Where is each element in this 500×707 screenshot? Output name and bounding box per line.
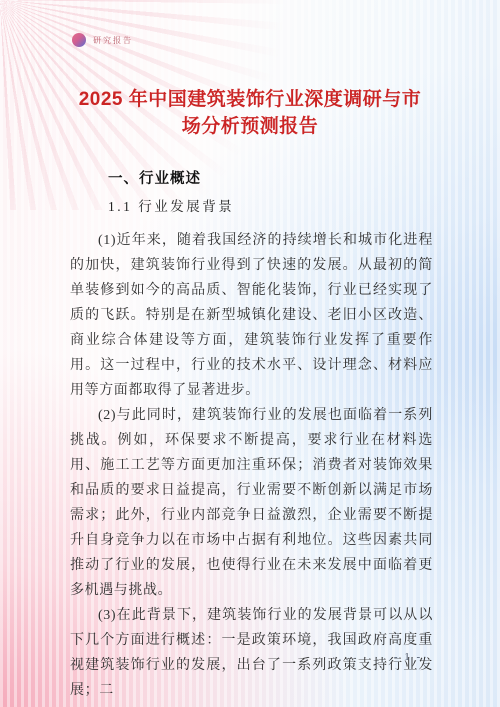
paragraph-2: (2)与此同时，建筑装饰行业的发展也面临着一系列挑战。例如，环保要求不断提高，要…: [70, 403, 433, 603]
section-heading: 一、行业概述: [108, 170, 433, 189]
document-body: 一、行业概述 1.1 行业发展背景 (1)近年来，随着我国经济的持续增长和城市化…: [70, 170, 433, 703]
report-title: 2025 年中国建筑装饰行业深度调研与市场分析预测报告: [70, 86, 430, 140]
paragraph-1: (1)近年来，随着我国经济的持续增长和城市化进程的加快，建筑装饰行业得到了快速的…: [70, 228, 433, 403]
document-page: 研究报告 2025 年中国建筑装饰行业深度调研与市场分析预测报告 一、行业概述 …: [0, 0, 500, 707]
logo-label: 研究报告: [93, 35, 133, 46]
page-number: - 1 -: [383, 651, 433, 663]
brand: 研究报告: [72, 33, 133, 47]
paragraph-3: (3)在此背景下，建筑装饰行业的发展背景可以从以下几个方面进行概述：一是政策环境…: [70, 603, 433, 703]
logo-icon: [72, 33, 86, 47]
subsection-heading: 1.1 行业发展背景: [108, 198, 433, 216]
